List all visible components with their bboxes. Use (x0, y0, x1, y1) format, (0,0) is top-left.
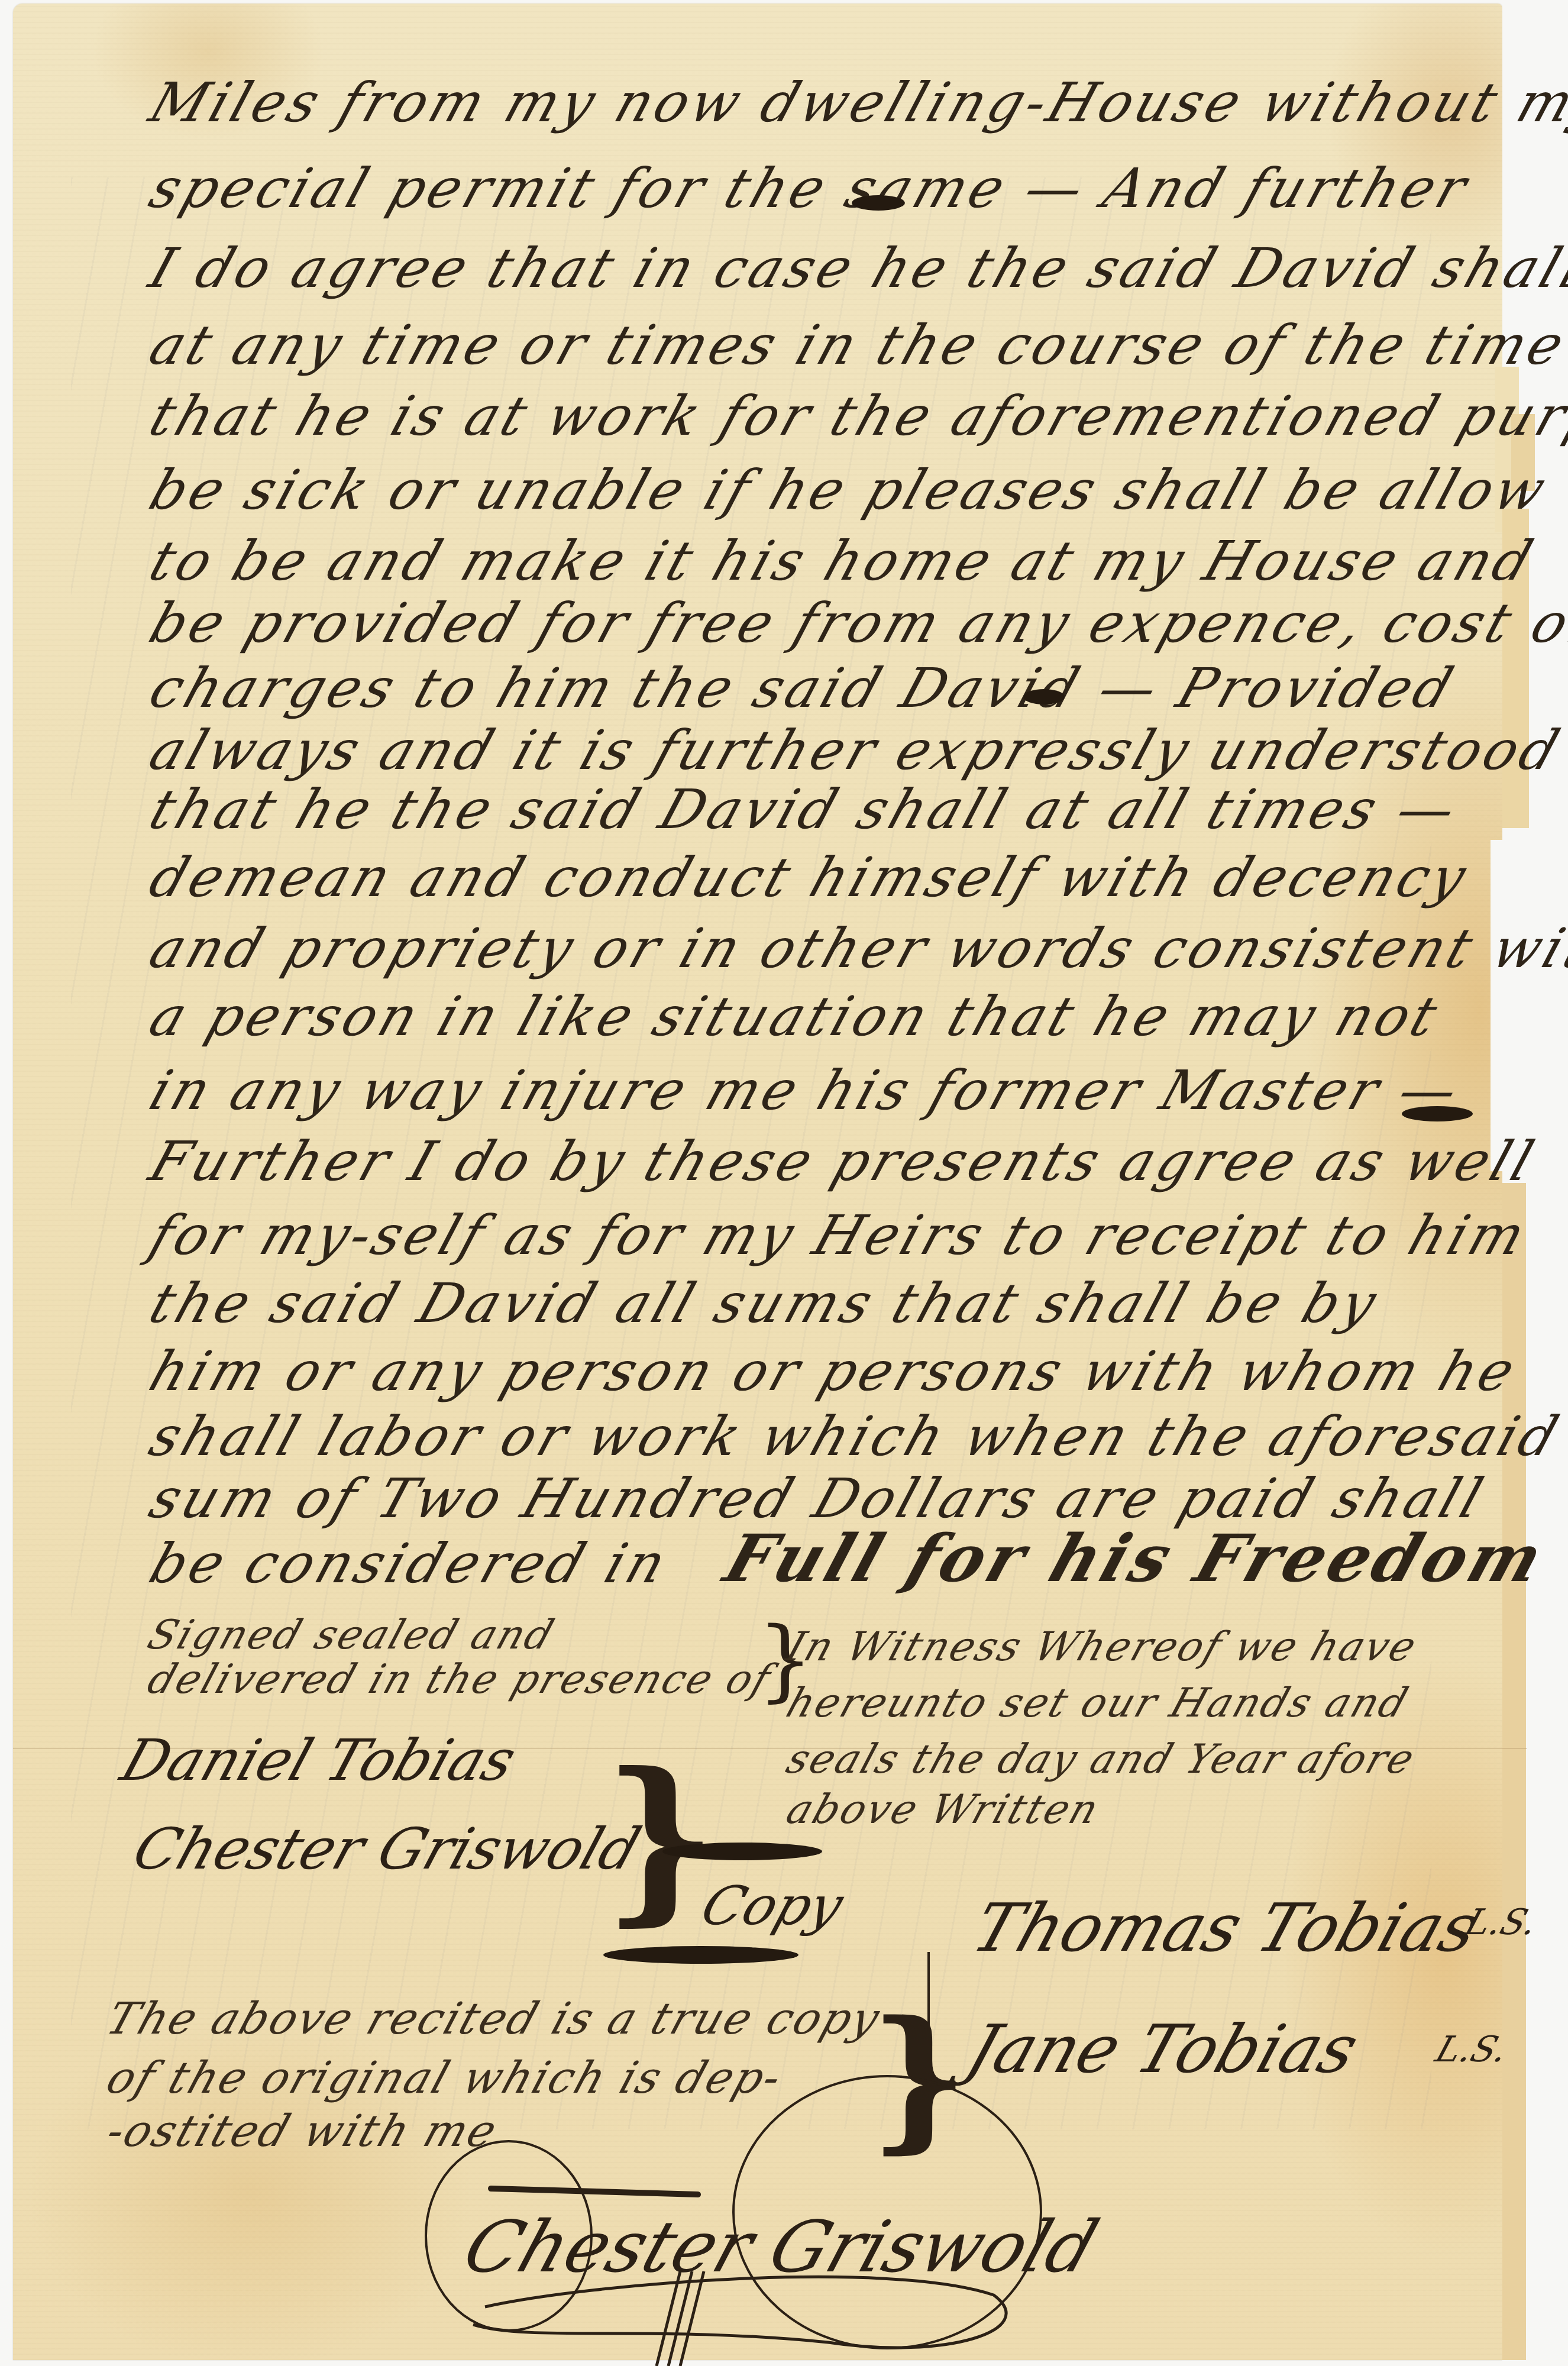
attestation-signature: Chester Griswold (454, 2206, 1107, 2289)
signature-flourish (0, 0, 1568, 2366)
